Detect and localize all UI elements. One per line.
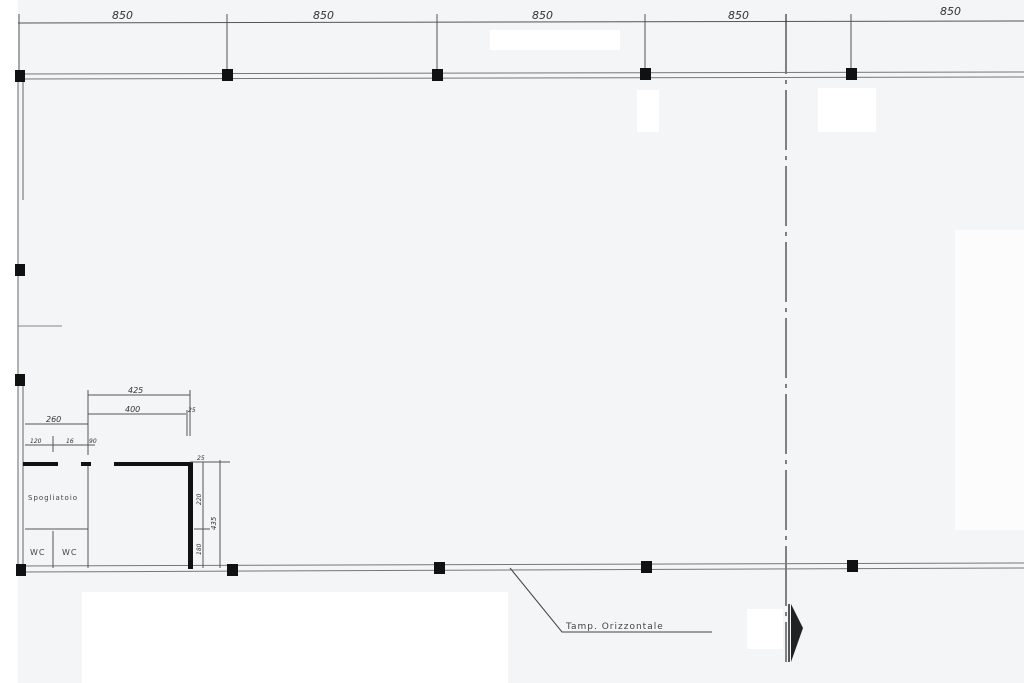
dimension-label: 180: [196, 543, 203, 555]
room-label-wc: WC: [30, 548, 46, 557]
dimension-label: 435: [210, 516, 218, 530]
dimension-label: 850: [532, 9, 553, 22]
annotation-horizontal-infill: Tamp. Orizzontale: [565, 622, 664, 632]
dimension-label: 25: [197, 455, 205, 462]
dimension-label: 260: [46, 415, 61, 424]
dimension-label: 850: [728, 9, 749, 22]
dimension-label: 400: [125, 405, 140, 414]
floor-plan-drawing: 850 850 850 850 850 425 400 25 260 120 1…: [0, 0, 1024, 683]
dimension-label: 850: [940, 5, 961, 18]
dimension-label: 120: [30, 438, 42, 445]
room-label-storage: Spogliatoio: [28, 494, 78, 502]
floor-plan-canvas: 850 850 850 850 850 425 400 25 260 120 1…: [0, 0, 1024, 683]
dimension-label: 25: [188, 407, 196, 414]
dimension-label: 850: [313, 9, 334, 22]
dimension-label: 425: [128, 386, 143, 395]
dimension-label: 16: [66, 438, 74, 445]
dimension-label: 850: [112, 9, 133, 22]
room-label-wc: WC: [62, 548, 78, 557]
dimension-label: 220: [196, 493, 203, 505]
dimension-label: 90: [89, 438, 97, 445]
